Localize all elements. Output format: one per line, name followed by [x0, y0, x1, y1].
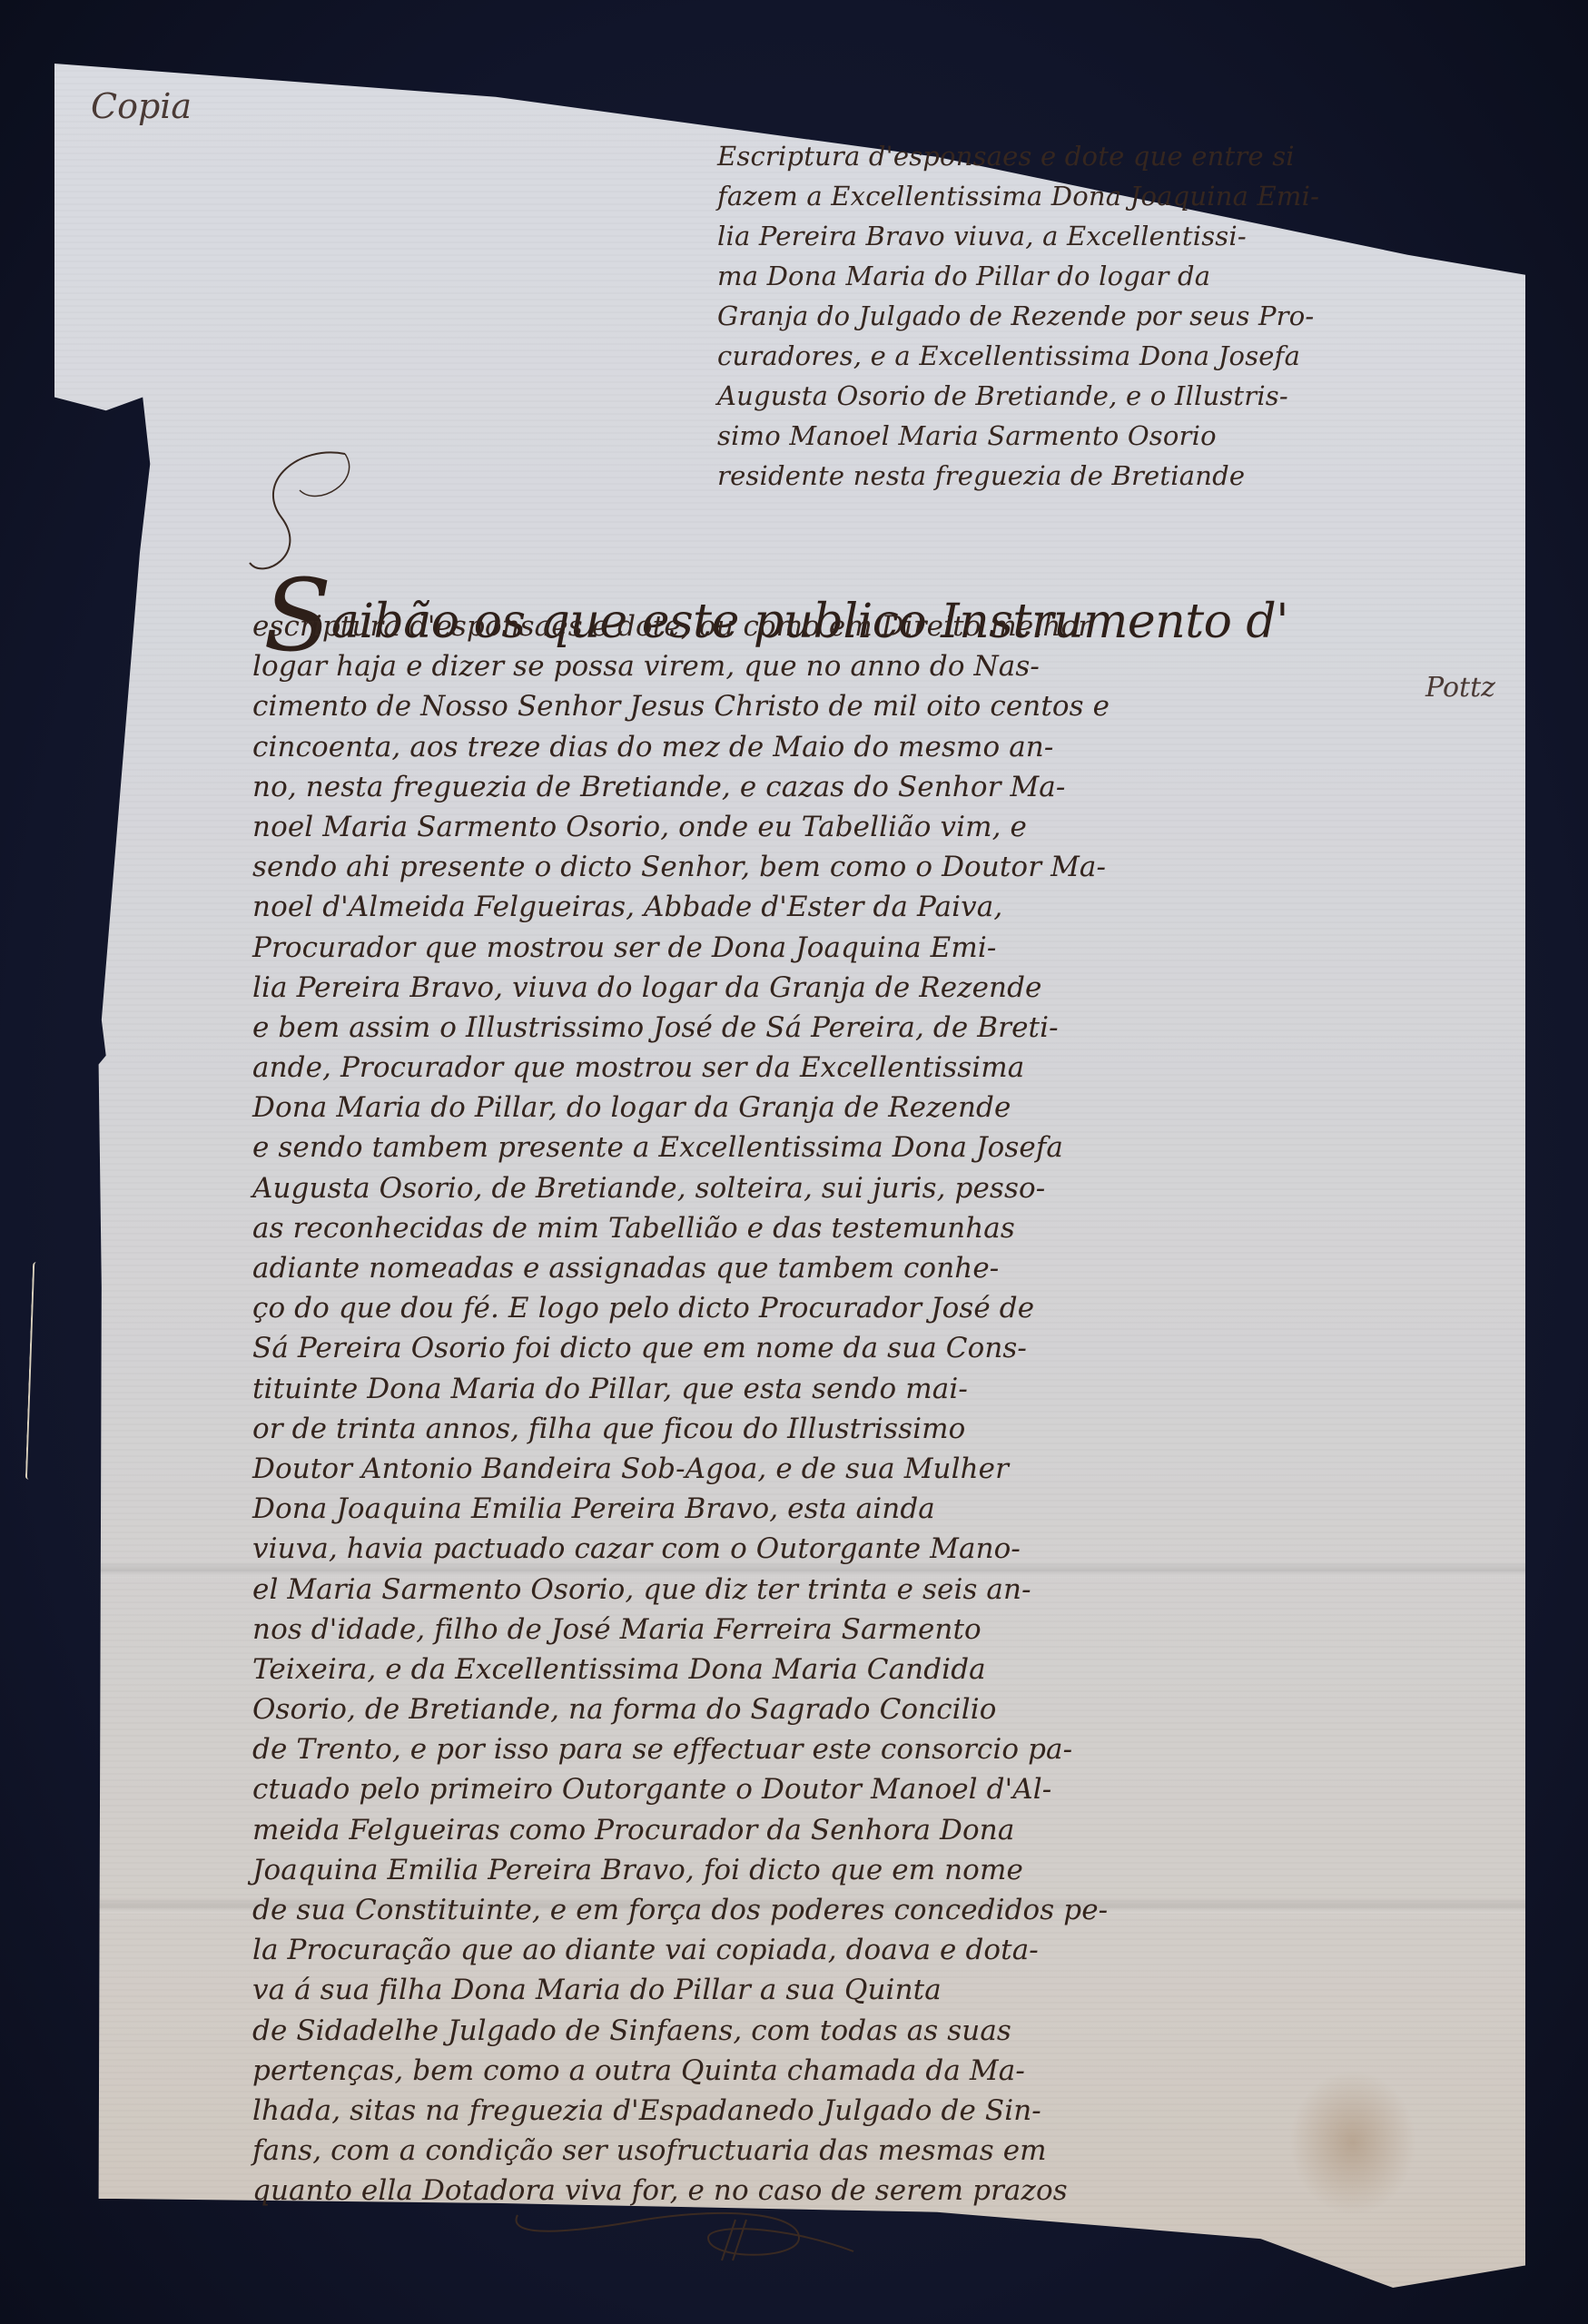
document-body: escriptura d'esponsaes e dote, ou como e… [252, 606, 1505, 2211]
body-line: de sua Constituinte, e em força dos pode… [252, 1890, 1505, 1930]
body-line: noel d'Almeida Felgueiras, Abbade d'Este… [252, 887, 1505, 927]
body-line: Procurador que mostrou ser de Dona Joaqu… [252, 928, 1505, 968]
body-line: lia Pereira Bravo, viuva do logar da Gra… [252, 968, 1505, 1008]
body-line: Joaquina Emilia Pereira Bravo, foi dicto… [252, 1850, 1505, 1890]
body-line: la Procuração que ao diante vai copiada,… [252, 1930, 1505, 1970]
body-line: ande, Procurador que mostrou ser da Exce… [252, 1048, 1505, 1088]
heading-line: Augusta Osorio de Bretiande, e o Illustr… [717, 376, 1516, 416]
body-line: adiante nomeadas e assignadas que tambem… [252, 1248, 1505, 1288]
margin-label-copia: Copia [91, 86, 192, 126]
document-heading: Escriptura d'esponsaes e dote que entre … [717, 136, 1516, 496]
body-line: Sá Pereira Osorio foi dicto que em nome … [252, 1328, 1505, 1368]
body-line: quanto ella Dotadora viva for, e no caso… [252, 2171, 1505, 2211]
heading-line: residente nesta freguezia de Bretiande [717, 456, 1516, 496]
heading-line: lia Pereira Bravo viuva, a Excellentissi… [717, 216, 1516, 256]
body-line: nos d'idade, filho de José Maria Ferreir… [252, 1610, 1505, 1649]
body-line: viuva, havia pactuado cazar com o Outorg… [252, 1529, 1505, 1569]
body-line: e bem assim o Illustrissimo José de Sá P… [252, 1008, 1505, 1048]
body-line: cimento de Nosso Senhor Jesus Christo de… [252, 686, 1505, 726]
body-line: as reconhecidas de mim Tabellião e das t… [252, 1208, 1505, 1248]
body-line: va á sua filha Dona Maria do Pillar a su… [252, 1970, 1505, 2010]
body-line: ço do que dou fé. E logo pelo dicto Proc… [252, 1288, 1505, 1328]
body-line: escriptura d'esponsaes e dote, ou como e… [252, 606, 1505, 646]
body-line: Dona Joaquina Emilia Pereira Bravo, esta… [252, 1489, 1505, 1529]
closing-flourish-icon [508, 2197, 872, 2270]
body-line: Augusta Osorio, de Bretiande, solteira, … [252, 1168, 1505, 1208]
heading-line: simo Manoel Maria Sarmento Osorio [717, 416, 1516, 456]
body-line: el Maria Sarmento Osorio, que diz ter tr… [252, 1570, 1505, 1610]
body-line: ctuado pelo primeiro Outorgante o Doutor… [252, 1769, 1505, 1809]
heading-line: Granja do Julgado de Rezende por seus Pr… [717, 296, 1516, 336]
heading-line: ma Dona Maria do Pillar do logar da [717, 256, 1516, 296]
body-line: lhada, sitas na freguezia d'Espadanedo J… [252, 2091, 1505, 2131]
body-line: Teixeira, e da Excellentissima Dona Mari… [252, 1649, 1505, 1689]
body-line: sendo ahi presente o dicto Senhor, bem c… [252, 847, 1505, 887]
body-line: meida Felgueiras como Procurador da Senh… [252, 1810, 1505, 1850]
body-line: pertenças, bem como a outra Quinta chama… [252, 2051, 1505, 2091]
body-line: Doutor Antonio Bandeira Sob-Agoa, e de s… [252, 1449, 1505, 1489]
body-line: cincoenta, aos treze dias do mez de Maio… [252, 727, 1505, 767]
body-line: tituinte Dona Maria do Pillar, que esta … [252, 1369, 1505, 1409]
heading-line: Escriptura d'esponsaes e dote que entre … [717, 136, 1516, 176]
body-line: logar haja e dizer se possa virem, que n… [252, 646, 1505, 686]
heading-line: curadores, e a Excellentissima Dona Jose… [717, 336, 1516, 376]
body-line: de Sidadelhe Julgado de Sinfaens, com to… [252, 2011, 1505, 2051]
body-line: no, nesta freguezia de Bretiande, e caza… [252, 767, 1505, 807]
body-line: e sendo tambem presente a Excellentissim… [252, 1128, 1505, 1167]
body-line: fans, com a condição ser usofructuaria d… [252, 2131, 1505, 2171]
heading-line: fazem a Excellentissima Dona Joaquina Em… [717, 176, 1516, 216]
body-line: Dona Maria do Pillar, do logar da Granja… [252, 1088, 1505, 1128]
body-line: Osorio, de Bretiande, na forma do Sagrad… [252, 1689, 1505, 1729]
body-line: de Trento, e por isso para se effectuar … [252, 1729, 1505, 1769]
body-line: noel Maria Sarmento Osorio, onde eu Tabe… [252, 807, 1505, 847]
body-line: or de trinta annos, filha que ficou do I… [252, 1409, 1505, 1449]
